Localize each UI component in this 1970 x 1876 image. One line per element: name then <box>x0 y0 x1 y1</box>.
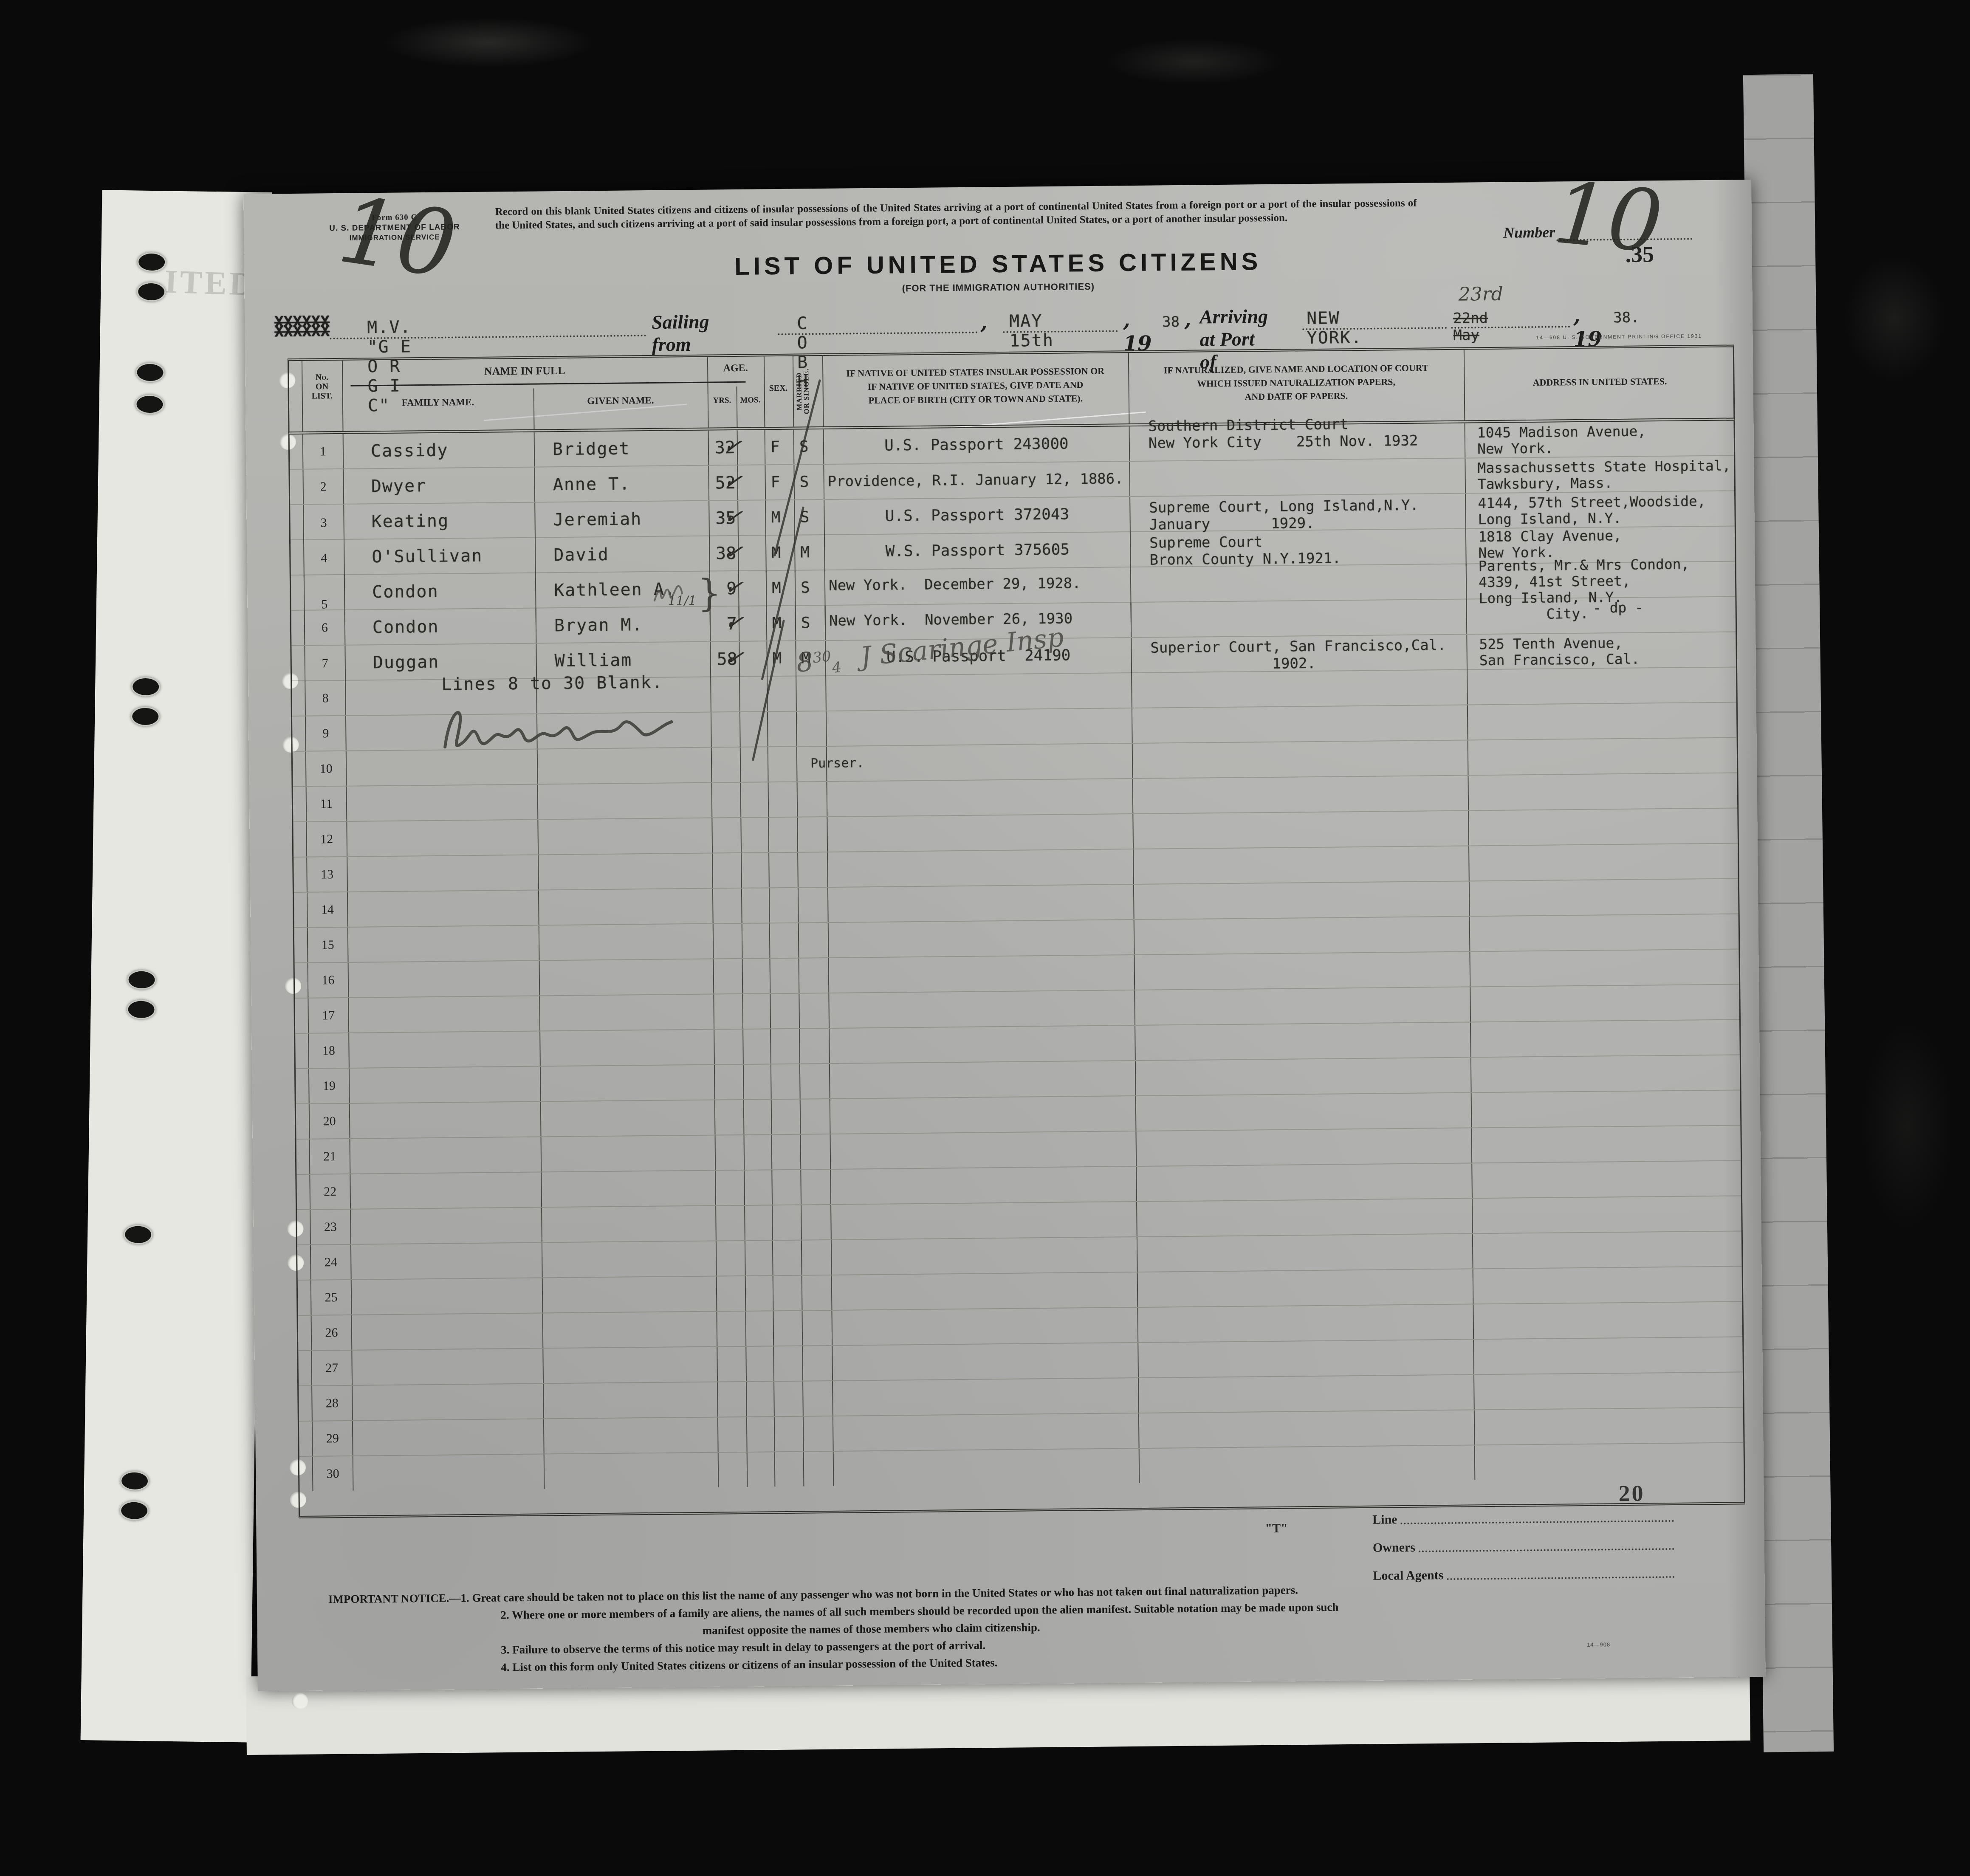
cell-gut <box>290 434 303 469</box>
cell-gut <box>294 893 307 927</box>
cell-ms: S <box>795 606 825 640</box>
cell-mos <box>745 1346 773 1381</box>
cell-nat <box>1137 1269 1473 1307</box>
print-office-note: 14—608 U. S. GOVERNMENT PRINTING OFFICE … <box>1536 333 1702 341</box>
cell-ms <box>799 993 829 1028</box>
cell-birth <box>830 1167 1136 1204</box>
cell-nat <box>1135 1022 1470 1060</box>
year-printed: , 19 <box>1573 303 1602 351</box>
cell-yrs <box>715 1171 744 1205</box>
cell-sex <box>772 1205 801 1240</box>
cell-nat <box>1139 1445 1475 1483</box>
cell-no: 12 <box>306 822 347 857</box>
cell-addr <box>1467 702 1737 739</box>
cell-sex <box>770 994 799 1029</box>
cell-ms <box>800 1099 830 1134</box>
cell-given <box>544 1453 718 1489</box>
cell-addr: 4144, 57th Street,Woodside, Long Island,… <box>1465 491 1735 530</box>
punch-hole <box>137 282 166 302</box>
cell-nat <box>1137 1340 1473 1377</box>
cell-no: 13 <box>306 857 347 892</box>
cell-gut <box>296 1069 309 1103</box>
cell-yrs <box>718 1453 747 1487</box>
cell-sex <box>771 1064 800 1099</box>
cell-addr <box>1471 1161 1741 1198</box>
cell-ms <box>802 1381 833 1416</box>
cell-birth <box>828 920 1134 957</box>
cell-given: David <box>535 536 709 575</box>
cell-birth <box>825 673 1132 711</box>
cell-nat <box>1129 459 1465 497</box>
cell-given: Bryan M. <box>536 607 710 643</box>
cell-no: 20 <box>309 1104 350 1139</box>
cell-given <box>539 1030 714 1066</box>
cell-birth <box>827 849 1133 887</box>
year-typed: 38 <box>1162 313 1180 330</box>
cell-ms <box>803 1416 833 1451</box>
cell-gut <box>293 752 306 786</box>
cell-sex <box>770 959 799 993</box>
cell-addr <box>1472 1196 1741 1233</box>
cell-mos <box>743 1135 771 1170</box>
cell-ms <box>802 1311 832 1346</box>
cell-birth <box>830 1096 1136 1134</box>
cell-yrs <box>711 818 741 853</box>
cell-yrs <box>717 1347 746 1382</box>
cell-birth <box>827 885 1134 922</box>
cell-yrs <box>714 1065 743 1100</box>
punch-hole <box>135 363 165 383</box>
cell-nat <box>1131 670 1467 708</box>
cell-nat <box>1137 1304 1473 1342</box>
cell-given <box>537 818 712 855</box>
cell-gut <box>292 717 305 751</box>
cell-birth <box>829 1061 1135 1098</box>
cell-given <box>541 1206 716 1242</box>
cell-ms <box>798 923 828 958</box>
punch-hole <box>135 395 164 415</box>
cell-yrs <box>716 1312 745 1346</box>
cell-given <box>539 959 714 996</box>
cell-ms <box>800 1134 830 1169</box>
cell-given <box>540 1065 714 1101</box>
cell-gut <box>296 1104 309 1139</box>
cell-gut <box>293 822 306 857</box>
cell-mos <box>740 818 768 852</box>
cell-addr <box>1474 1443 1744 1480</box>
cell-nat: Southern District Court New York City 25… <box>1129 423 1465 461</box>
cell-family <box>352 1419 544 1455</box>
cell-gut <box>290 470 303 504</box>
cell-given <box>542 1277 717 1313</box>
cell-birth: Providence, R.I. January 12, 1886. <box>823 462 1129 499</box>
comma: , <box>1184 307 1191 331</box>
cell-mos <box>742 994 770 1029</box>
underlying-page-left: ITED <box>81 190 272 1742</box>
cell-mos <box>743 1100 771 1134</box>
port-of-arrival: NEW YORK. <box>1307 308 1362 348</box>
cell-yrs <box>713 994 742 1029</box>
cell-nat <box>1135 1093 1471 1131</box>
cell-nat <box>1138 1375 1474 1413</box>
scan-smudge <box>1104 38 1283 85</box>
cell-gut <box>293 787 306 821</box>
arrival-date-handwritten: 23rd <box>1458 283 1503 305</box>
punch-hole <box>131 677 161 697</box>
cell-addr <box>1470 1020 1740 1057</box>
cell-no: 4 <box>303 540 344 577</box>
cell-sex <box>768 747 797 782</box>
cell-addr: - dp - <box>1466 597 1736 634</box>
cell-no: 1 <box>302 434 343 469</box>
header-family-name: FAMILY NAME. <box>342 396 533 409</box>
t-mark: "T" <box>1265 1521 1288 1536</box>
cell-no: 24 <box>310 1245 351 1280</box>
passenger-table: No. ON LIST. NAME IN FULL FAMILY NAME. G… <box>288 344 1745 1518</box>
cell-birth <box>831 1308 1137 1345</box>
cell-addr <box>1469 914 1739 951</box>
manifest-form-page: Form 630 C U. S. DEPARTMENT OF LABOR IMM… <box>243 180 1766 1691</box>
cell-no: 18 <box>308 1033 349 1068</box>
cell-yrs <box>711 748 740 782</box>
purser-signature <box>435 694 682 761</box>
cell-birth <box>830 1202 1137 1239</box>
cell-birth <box>826 708 1132 746</box>
punch-hole <box>137 252 167 272</box>
arrival-date-struck: 22nd May <box>1453 310 1488 344</box>
punch-holes-form <box>243 180 1751 194</box>
cell-no: 10 <box>305 751 346 786</box>
cell-family <box>349 1067 540 1103</box>
cell-mos <box>745 1241 773 1275</box>
cell-gut <box>292 681 305 716</box>
cell-mos: ✓ <box>737 430 765 465</box>
cell-mos <box>744 1205 772 1240</box>
cell-nat <box>1132 741 1468 779</box>
cell-nat <box>1133 882 1469 920</box>
cell-sex <box>767 712 796 747</box>
cell-no: 22 <box>309 1174 350 1209</box>
cell-birth <box>827 779 1133 816</box>
scan-smudge <box>382 17 595 68</box>
cell-no: 14 <box>307 892 347 927</box>
cell-yrs <box>714 1135 744 1170</box>
cell-nat <box>1135 1058 1471 1095</box>
cell-yrs <box>713 924 742 959</box>
cell-birth: W.S. Passport 375605 <box>824 532 1130 572</box>
cell-family: Cassidy <box>343 432 534 468</box>
cell-birth <box>832 1378 1138 1416</box>
cell-ms <box>800 1170 830 1205</box>
cell-gut <box>299 1422 312 1456</box>
header-name-in-full: NAME IN FULL <box>342 363 707 379</box>
cell-ms <box>801 1240 831 1275</box>
cell-mos <box>745 1276 773 1311</box>
cell-sex <box>772 1241 802 1275</box>
cell-ms <box>801 1205 831 1240</box>
cell-yrs <box>717 1382 746 1417</box>
cell-nat <box>1130 600 1466 638</box>
cell-addr <box>1471 1126 1741 1162</box>
cell-sex <box>768 782 797 817</box>
scanned-document-scene: ITED Form 630 C U. S. DEPARTMENT OF LABO… <box>0 0 1970 1876</box>
cell-nat <box>1136 1199 1472 1236</box>
cell-gut <box>296 1175 310 1209</box>
cell-yrs <box>714 1100 744 1135</box>
cell-family <box>351 1278 542 1314</box>
header-yrs: YRS. <box>708 396 737 406</box>
table-body: 1CassidyBridget32✓FSU.S. Passport 243000… <box>288 420 1745 1518</box>
cell-no: 16 <box>308 963 348 998</box>
cell-family <box>348 1032 540 1068</box>
cell-birth <box>828 990 1135 1028</box>
cell-addr: 1045 Madison Avenue, New York. <box>1464 420 1734 457</box>
number-label: Number <box>1503 223 1555 241</box>
cell-family <box>347 926 539 962</box>
cell-sex <box>769 888 798 923</box>
cell-nat <box>1134 952 1470 990</box>
cell-no: 9 <box>305 716 346 751</box>
header-address: ADDRESS IN UNITED STATES. <box>1464 375 1736 389</box>
header-birth: IF NATIVE OF UNITED STATES INSULAR POSSE… <box>822 364 1129 408</box>
cell-family: O'Sullivan <box>344 538 535 576</box>
cell-mos <box>742 923 770 958</box>
cell-no: 26 <box>311 1315 352 1350</box>
agents-block: LineOwnersLocal Agents <box>1372 1496 1675 1583</box>
cell-no: 19 <box>308 1069 349 1103</box>
cell-sex <box>771 1100 800 1134</box>
cell-addr <box>1468 808 1738 845</box>
cell-nat <box>1133 846 1469 884</box>
cell-yrs <box>710 677 739 712</box>
kathleen-handwritten-note: 11/1 } <box>652 577 690 609</box>
cell-family <box>353 1454 544 1490</box>
purser-label: Purser. <box>810 756 864 771</box>
agent-label: Owners <box>1373 1540 1415 1555</box>
cell-given <box>542 1312 717 1348</box>
cell-birth <box>830 1131 1136 1169</box>
cell-sex: F <box>765 430 794 465</box>
kathleen-brace: } <box>697 571 722 615</box>
punch-hole <box>120 1471 150 1491</box>
cell-given <box>538 854 712 890</box>
cell-mos: ✓ <box>737 465 765 500</box>
cell-gut <box>296 1140 310 1174</box>
cell-no: 27 <box>311 1351 352 1385</box>
cell-gut <box>295 999 308 1033</box>
cell-family <box>347 855 538 891</box>
cell-family <box>347 891 539 927</box>
cell-sex <box>771 1135 800 1170</box>
cell-family <box>346 785 538 821</box>
cell-nat: Superior Court, San Francisco,Cal. 1902. <box>1131 635 1467 674</box>
punch-holes-underlay <box>102 190 272 192</box>
header-given-name: GIVEN NAME. <box>533 395 708 407</box>
cell-addr <box>1470 985 1739 1021</box>
agent-dotted-line <box>1401 1520 1674 1524</box>
cell-addr <box>1468 738 1737 775</box>
cell-gut <box>291 540 304 577</box>
inspector-frac-bottom: 4 <box>831 659 842 677</box>
cell-nat <box>1135 1128 1471 1166</box>
header-age: AGE. <box>707 362 764 374</box>
cell-birth <box>826 744 1132 781</box>
punch-hole <box>124 1224 153 1244</box>
cell-mos <box>741 853 769 888</box>
cell-gut <box>298 1351 311 1385</box>
cell-mos <box>745 1311 773 1346</box>
cell-family <box>350 1243 542 1279</box>
cell-yrs <box>713 959 742 994</box>
cell-given <box>541 1171 715 1207</box>
cell-no: 29 <box>312 1421 353 1456</box>
cell-mos: ✓ <box>739 606 767 641</box>
crossed-out-prefix: XXXXXX XXXXXX <box>274 317 330 336</box>
cell-family: Keating <box>343 503 535 541</box>
cell-no: 8 <box>305 681 345 716</box>
cell-addr <box>1473 1267 1742 1303</box>
cell-sex <box>769 923 799 958</box>
agent-dotted-line <box>1419 1548 1674 1552</box>
cell-given <box>542 1347 717 1383</box>
cell-addr: 525 Tenth Avenue, San Francisco, Cal. <box>1466 632 1736 670</box>
cell-ms <box>799 1029 829 1064</box>
cell-given <box>537 783 712 819</box>
cell-gut <box>299 1457 313 1491</box>
scan-smudge <box>1843 255 1945 382</box>
cell-yrs <box>715 1206 745 1241</box>
cell-given <box>542 1241 716 1278</box>
cell-given: Anne T. <box>534 466 708 502</box>
cell-birth <box>833 1449 1139 1486</box>
blank-lines-note: Lines 8 to 30 Blank. <box>441 673 663 694</box>
agent-line: Line <box>1372 1496 1674 1527</box>
cell-birth: U.S. Passport 243000 <box>823 426 1129 464</box>
cell-family <box>348 961 539 997</box>
cell-nat <box>1132 811 1468 849</box>
cell-ms <box>802 1275 832 1310</box>
cell-given <box>539 995 714 1031</box>
important-notice: IMPORTANT NOTICE.—1. Great care should b… <box>328 1577 1735 1678</box>
cell-nat <box>1138 1410 1474 1448</box>
cell-mos <box>746 1417 774 1452</box>
cell-mos <box>739 677 767 711</box>
cell-family <box>348 996 539 1033</box>
cell-nat <box>1136 1163 1472 1201</box>
cell-given <box>541 1136 715 1172</box>
comma: , <box>980 310 988 334</box>
cell-gut <box>291 646 305 682</box>
punch-hole <box>292 1693 308 1709</box>
cell-sex <box>768 853 798 888</box>
cell-gut <box>295 963 308 998</box>
cell-birth <box>831 1272 1137 1310</box>
cell-gut <box>294 858 307 892</box>
cell-birth <box>827 814 1133 852</box>
cell-sex <box>768 818 797 852</box>
cell-gut <box>298 1281 311 1315</box>
cell-no: 28 <box>311 1386 352 1421</box>
cell-given <box>538 889 713 925</box>
cell-ms <box>802 1346 832 1381</box>
cell-no: 21 <box>309 1139 350 1174</box>
cell-birth <box>828 955 1134 993</box>
cell-gut <box>291 611 305 645</box>
bleed-through-text: ITED <box>164 262 256 304</box>
cell-ms <box>797 852 827 887</box>
cell-nat <box>1137 1234 1473 1272</box>
cell-given <box>539 924 713 960</box>
cell-gut <box>299 1386 312 1421</box>
cell-mos: ✓ <box>738 536 766 573</box>
cell-addr <box>1467 667 1736 704</box>
table-header: No. ON LIST. NAME IN FULL FAMILY NAME. G… <box>288 344 1735 434</box>
cell-addr: Massachussetts State Hospital, Tawksbury… <box>1465 456 1734 493</box>
cell-no: 3 <box>303 505 344 542</box>
cell-nat <box>1134 987 1470 1025</box>
cell-addr <box>1469 949 1739 986</box>
header-no: No. ON LIST. <box>302 372 342 401</box>
cell-ms <box>799 1064 830 1099</box>
cell-nat <box>1132 776 1468 814</box>
cell-given <box>540 1100 715 1137</box>
cell-no: 25 <box>310 1280 351 1315</box>
cell-birth <box>833 1413 1139 1451</box>
cell-addr <box>1473 1372 1743 1409</box>
cell-sex <box>774 1452 804 1487</box>
cell-ms: S <box>793 429 824 464</box>
header-mos: MOS. <box>737 395 764 405</box>
cell-nat: Supreme Court, Long Island,N.Y. January … <box>1129 494 1465 534</box>
year-printed: , 19 <box>1123 308 1152 356</box>
cell-ms <box>796 711 826 746</box>
cell-addr <box>1471 1090 1741 1127</box>
cell-given: Bridget <box>534 431 708 467</box>
cell-sex <box>774 1417 803 1452</box>
cell-addr <box>1474 1408 1744 1444</box>
cell-addr <box>1468 773 1737 810</box>
cell-ms <box>798 958 828 993</box>
cell-family <box>350 1173 541 1209</box>
cell-ms <box>797 782 827 817</box>
cell-yrs <box>716 1241 745 1276</box>
cell-no: 11 <box>306 787 347 821</box>
agent-label: Line <box>1372 1512 1397 1527</box>
inspector-frac-top: 30 <box>812 648 832 666</box>
cell-nat: Supreme Court Bronx County N.Y.1921. <box>1130 529 1466 569</box>
cell-given <box>543 1382 717 1419</box>
cell-addr <box>1468 843 1738 880</box>
cell-birth <box>831 1237 1137 1275</box>
form-instructions: Record on this blank United States citiz… <box>495 197 1417 233</box>
cell-gut <box>294 928 308 962</box>
cell-addr <box>1472 1231 1742 1268</box>
cell-family <box>351 1348 543 1385</box>
punch-hole <box>131 706 160 726</box>
punch-hole <box>127 999 156 1019</box>
cell-family <box>351 1313 543 1349</box>
cell-nat <box>1132 705 1468 743</box>
cell-yrs <box>711 712 740 747</box>
cell-no: 30 <box>312 1456 353 1491</box>
cell-mos <box>742 959 770 993</box>
cell-no: 7 <box>304 646 345 682</box>
cell-yrs <box>714 1030 743 1064</box>
cell-gut <box>290 505 303 542</box>
kathleen-note-text: 11/1 <box>668 593 697 609</box>
cell-ms <box>797 817 827 852</box>
cell-birth <box>832 1343 1138 1380</box>
